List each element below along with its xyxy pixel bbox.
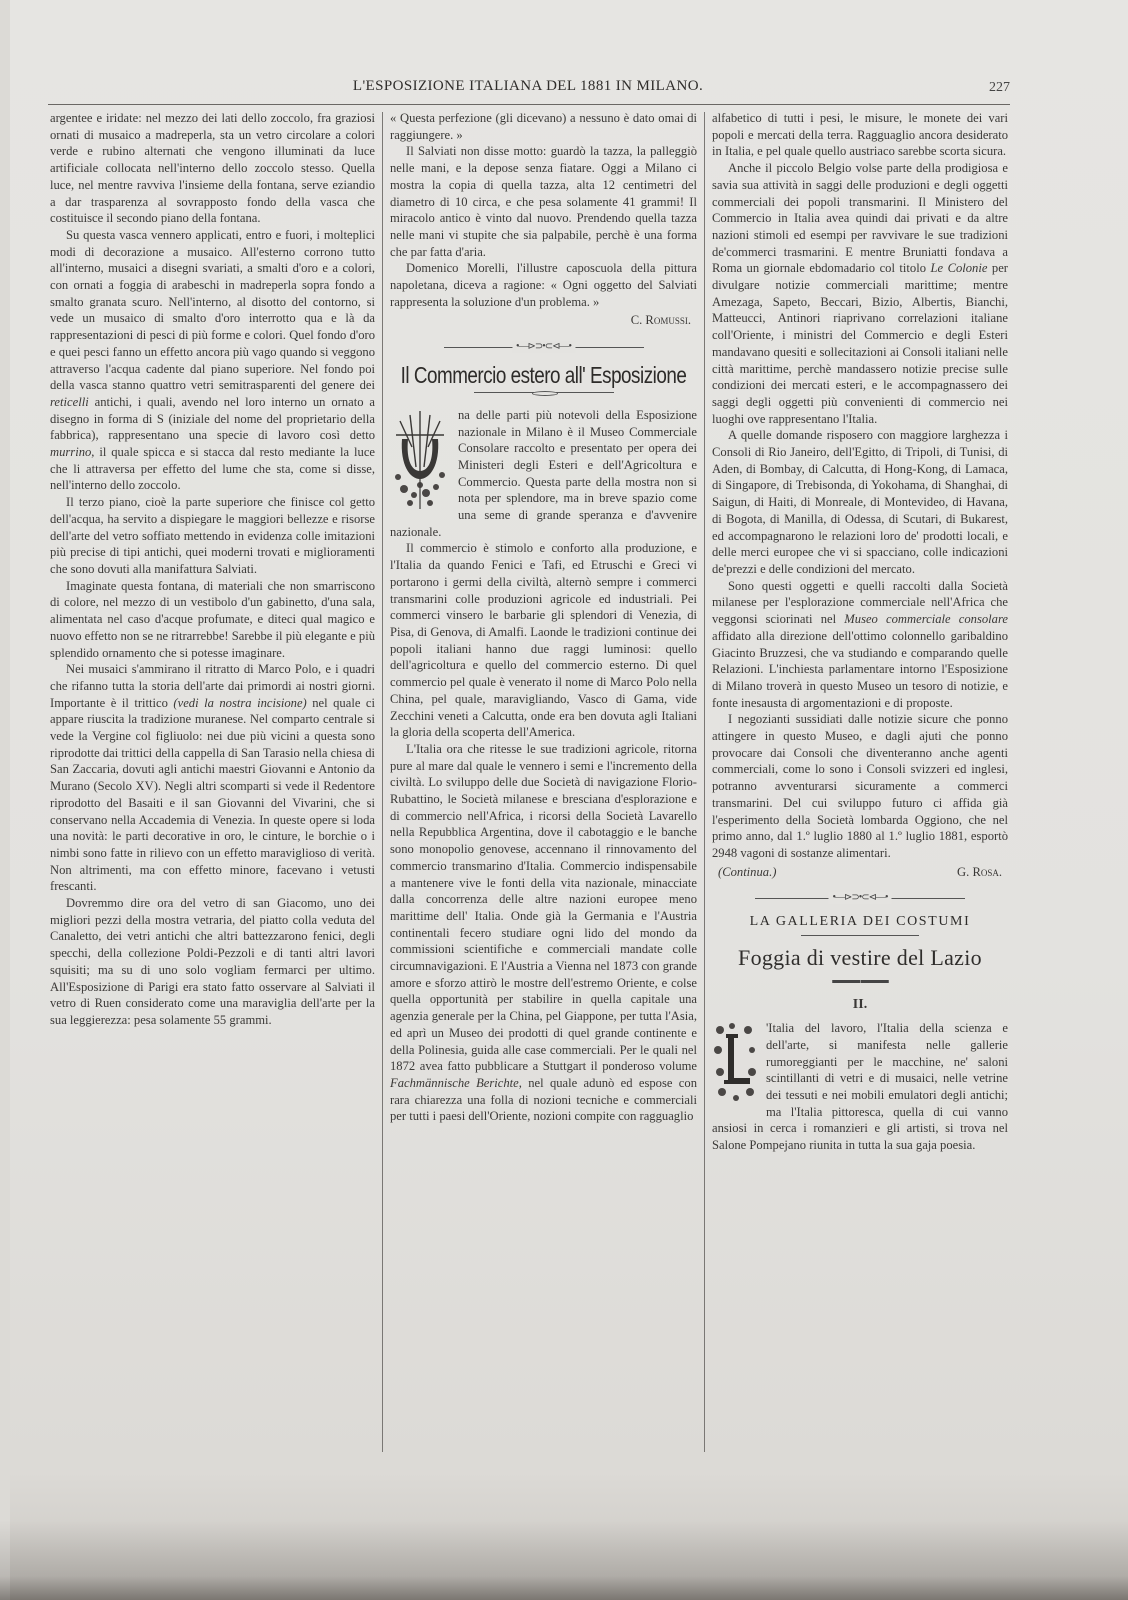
article-body: na delle parti più notevoli della Esposi… bbox=[390, 407, 697, 1125]
paragraph: A quelle domande risposero con maggiore … bbox=[712, 427, 1008, 577]
column-divider bbox=[704, 112, 705, 1452]
paragraph: Nei musaici s'ammirano il ritratto di Ma… bbox=[50, 661, 375, 895]
ornamental-letter-l-icon bbox=[712, 1020, 758, 1104]
paragraph-text: affidato alla direzione dell'ottimo colo… bbox=[712, 629, 1008, 710]
paragraph-text: Su questa vasca vennero applicati, entro… bbox=[50, 228, 375, 392]
paragraph: argentee e iridate: nel mezzo dei lati d… bbox=[50, 110, 375, 227]
ornament-knot-icon: •—⊳⊃•⊂⊲—• bbox=[828, 892, 891, 904]
paragraph: Il Salviati non disse motto: guardò la t… bbox=[390, 143, 697, 260]
italic-journal-title: Le Colonie bbox=[931, 261, 988, 275]
section-heading: LA GALLERIA DEI COSTUMI bbox=[712, 914, 1008, 931]
paragraph: Su questa vasca vennero applicati, entro… bbox=[50, 227, 375, 494]
paragraph: alfabetico di tutti i pesi, le misure, l… bbox=[712, 110, 1008, 160]
header-rule bbox=[48, 104, 1010, 105]
paragraph-text: per divulgare notizie commerciali maritt… bbox=[712, 261, 1008, 425]
column-divider bbox=[382, 112, 383, 1452]
paragraph: Il terzo piano, cioè la parte superiore … bbox=[50, 494, 375, 578]
paragraph: « Questa perfezione (gli dicevano) a nes… bbox=[390, 110, 697, 143]
author-signature: C. Romussi. bbox=[390, 312, 697, 329]
ornament-knot-icon: •—⊳⊃•⊂⊲—• bbox=[512, 341, 575, 353]
italic-museum-name: Museo commerciale consolare bbox=[844, 612, 1008, 626]
paragraph: Dovremmo dire ora del vetro di san Giaco… bbox=[50, 895, 375, 1029]
article-title: Il Commercio estero all' Esposizione bbox=[393, 367, 694, 384]
article-title: Foggia di vestire del Lazio bbox=[712, 950, 1008, 967]
paragraph: Imaginate questa fontana, di materiali c… bbox=[50, 578, 375, 662]
ornament-divider: •—⊳⊃•⊂⊲—• bbox=[755, 892, 965, 904]
column-2: « Questa perfezione (gli dicevano) a nes… bbox=[390, 110, 697, 1125]
paragraph: Sono questi oggetti e quelli raccolti da… bbox=[712, 578, 1008, 712]
column-1: argentee e iridate: nel mezzo dei lati d… bbox=[50, 110, 375, 1029]
paragraph: I negozianti sussidiati dalle notizie si… bbox=[712, 711, 1008, 861]
chapter-number: II. bbox=[712, 997, 1008, 1014]
paragraph: L'Italia ora che ritesse le sue tradizio… bbox=[390, 741, 697, 1125]
paragraph: Il commercio è stimolo e conforto alla p… bbox=[390, 540, 697, 740]
section-rule bbox=[801, 935, 919, 936]
paragraph: Anche il piccolo Belgio volse parte dell… bbox=[712, 160, 1008, 427]
italic-term: murrino bbox=[50, 445, 91, 459]
continua-note: (Continua.) bbox=[712, 864, 776, 881]
dropcap-u-svg bbox=[390, 407, 450, 511]
paragraph: Domenico Morelli, l'illustre caposcuola … bbox=[390, 260, 697, 310]
article-body: 'Italia del lavoro, l'Italia della scien… bbox=[712, 1020, 1008, 1154]
italic-note: (vedi la nostra incisione) bbox=[173, 696, 306, 710]
page-number: 227 bbox=[989, 80, 1010, 96]
italic-book-title: Fachmännische Berichte bbox=[390, 1076, 519, 1090]
ornamental-letter-u-icon bbox=[390, 407, 450, 511]
dash-divider: ▬▬▬ ▬▬▬ bbox=[712, 973, 1008, 990]
paragraph-text: antichi, i quali, avendo nel loro intern… bbox=[50, 395, 375, 442]
paragraph-text: , il quale spicca e si stacca dal resto … bbox=[50, 445, 375, 492]
column-3: alfabetico di tutti i pesi, le misure, l… bbox=[712, 110, 1008, 1154]
paragraph-text: Anche il piccolo Belgio volse parte dell… bbox=[712, 161, 1008, 275]
italic-term: reticelli bbox=[50, 395, 89, 409]
ornament-divider: •—⊳⊃•⊂⊲—• bbox=[444, 341, 644, 353]
running-head: L'ESPOSIZIONE ITALIANA DEL 1881 IN MILAN… bbox=[48, 78, 1008, 102]
title-rule bbox=[474, 392, 614, 393]
running-title: L'ESPOSIZIONE ITALIANA DEL 1881 IN MILAN… bbox=[48, 78, 1008, 95]
author-signature: G. Rosa. bbox=[957, 864, 1008, 881]
page-bottom-shadow bbox=[0, 1520, 1128, 1600]
paragraph-text: nel quale ci appare riuscita la tradizio… bbox=[50, 696, 375, 894]
paragraph-text: L'Italia ora che ritesse le sue tradizio… bbox=[390, 742, 697, 1073]
dropcap-l-svg bbox=[712, 1020, 758, 1104]
signature-row: (Continua.) G. Rosa. bbox=[712, 864, 1008, 881]
